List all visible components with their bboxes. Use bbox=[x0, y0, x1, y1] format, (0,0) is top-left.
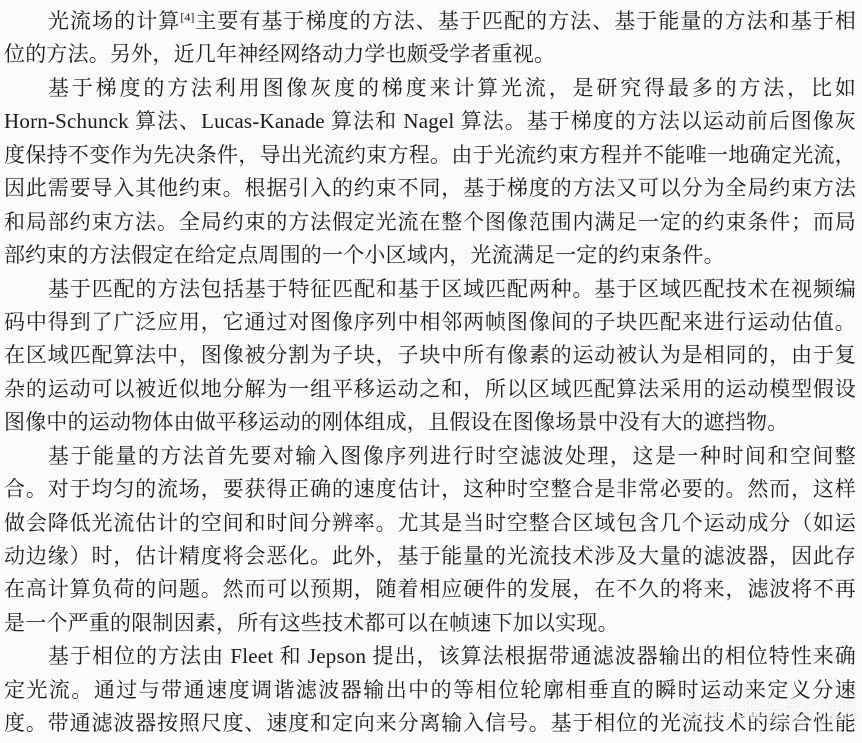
text-line: 部约束的方法假定在给定点周围的一个小区域内，光流满足一定的约束条件。 bbox=[4, 239, 856, 272]
document-body: 光流场的计算[4]主要有基于梯度的方法、基于匹配的方法、基于能量的方法和基于相位… bbox=[4, 5, 856, 741]
text-line: 码中得到了广泛应用，它通过对图像序列中相邻两帧图像间的子块匹配来进行运动估值。 bbox=[4, 306, 856, 339]
text-line: 基于梯度的方法利用图像灰度的梯度来计算光流，是研究得最多的方法，比如 bbox=[4, 72, 856, 105]
text-line: 度。带通滤波器按照尺度、速度和定向来分离输入信号。基于相位的光流技术的综合性能 bbox=[4, 707, 856, 740]
text-line: 度保持不变作为先决条件，导出光流约束方程。由于光流约束方程并不能唯一地确定光流， bbox=[4, 139, 856, 172]
text-line: 在高计算负荷的问题。然而可以预期，随着相应硬件的发展，在不久的将来，滤波将不再 bbox=[4, 573, 856, 606]
text-segment: 主要有基于梯度的方法、基于匹配的方法、基于能量的方法和基于相 bbox=[194, 9, 856, 33]
scanned-document-page: 光流场的计算[4]主要有基于梯度的方法、基于匹配的方法、基于能量的方法和基于相位… bbox=[0, 0, 862, 743]
text-line: 动边缘）时，估计精度将会恶化。此外，基于能量的光流技术涉及大量的滤波器，因此存 bbox=[4, 540, 856, 573]
text-line: Horn-Schunck 算法、Lucas-Kanade 算法和 Nagel 算… bbox=[4, 105, 856, 138]
text-line: 杂的运动可以被近似地分解为一组平移运动之和，所以区域匹配算法采用的运动模型假设 bbox=[4, 373, 856, 406]
superscript-citation: [4] bbox=[180, 10, 194, 24]
text-line: 基于相位的方法由 Fleet 和 Jepson 提出，该算法根据带通滤波器输出的… bbox=[4, 640, 856, 673]
text-segment: 光流场的计算 bbox=[48, 9, 180, 33]
text-line: 做会降低光流估计的空间和时间分辨率。尤其是当时空整合区域包含几个运动成分（如运 bbox=[4, 507, 856, 540]
text-line: 基于能量的方法首先要对输入图像序列进行时空滤波处理，这是一种时间和空间整 bbox=[4, 440, 856, 473]
text-line: 位的方法。另外，近几年神经网络动力学也颇受学者重视。 bbox=[4, 38, 856, 71]
text-line: 在区域匹配算法中，图像被分割为子块，子块中所有像素的运动被认为是相同的，由于复 bbox=[4, 339, 856, 372]
text-line: 光流场的计算[4]主要有基于梯度的方法、基于匹配的方法、基于能量的方法和基于相 bbox=[4, 5, 856, 38]
text-line: 是一个严重的限制因素，所有这些技术都可以在帧速下加以实现。 bbox=[4, 607, 856, 640]
text-line: 基于匹配的方法包括基于特征匹配和基于区域匹配两种。基于区域匹配技术在视频编 bbox=[4, 273, 856, 306]
text-line: 合。对于均匀的流场，要获得正确的速度估计，这种时空整合是非常必要的。然而，这样 bbox=[4, 473, 856, 506]
text-line: 和局部约束方法。全局约束的方法假定光流在整个图像范围内满足一定的约束条件；而局 bbox=[4, 206, 856, 239]
text-line: 图像中的运动物体由做平移运动的刚体组成，且假设在图像场景中没有大的遮挡物。 bbox=[4, 406, 856, 439]
text-line: 因此需要导入其他约束。根据引入的约束不同，基于梯度的方法又可以分为全局约束方法 bbox=[4, 172, 856, 205]
text-line: 定光流。通过与带通速度调谐滤波器输出中的等相位轮廓相垂直的瞬时运动来定义分速 bbox=[4, 674, 856, 707]
